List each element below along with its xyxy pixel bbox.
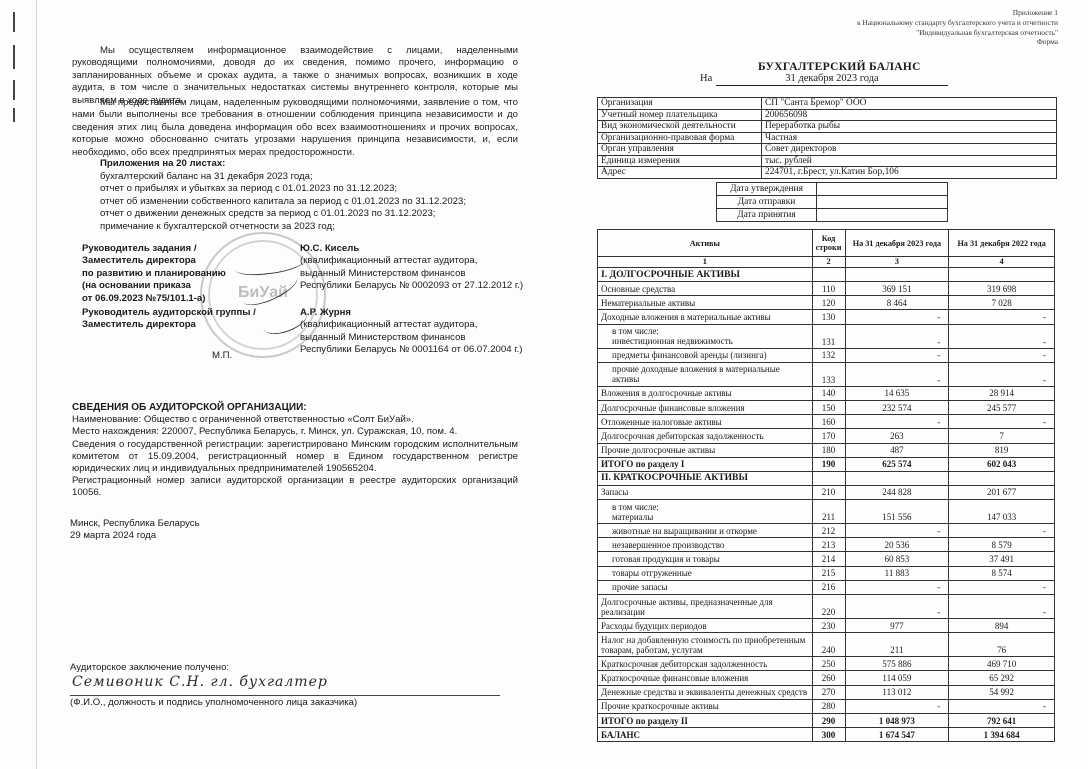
- column-number: 2: [812, 257, 845, 268]
- info-row: Орган управленияСовет директоров: [598, 144, 1057, 156]
- row-code: 300: [812, 728, 845, 742]
- value-2022: -: [949, 310, 1055, 324]
- role-line: Заместитель директора: [82, 255, 226, 267]
- balance-sheet-table: Активы Код строки На 31 декабря 2023 год…: [597, 229, 1055, 742]
- row-name: ИТОГО по разделу II: [598, 713, 813, 727]
- row-code: 170: [812, 429, 845, 443]
- row-code: 133: [812, 362, 845, 386]
- balance-row: Краткосрочная дебиторская задолженность2…: [598, 657, 1055, 671]
- value-2022: -: [949, 595, 1055, 619]
- binder-hole-mark: [13, 12, 15, 32]
- row-name: незавершенное производство: [598, 538, 813, 552]
- credential-line: (квалификационный аттестат аудитора,: [300, 255, 523, 267]
- value-2023: -: [845, 580, 949, 594]
- row-name: в том числе:инвестиционная недвижимость: [598, 324, 813, 348]
- row-name: Нематериальные активы: [598, 296, 813, 310]
- row-code: 140: [812, 386, 845, 400]
- balance-row: в том числе:инвестиционная недвижимость1…: [598, 324, 1055, 348]
- value-2023: 244 828: [845, 485, 949, 499]
- appendix-item: отчет о движении денежных средств за пер…: [100, 208, 520, 221]
- row-name: Прочие краткосрочные активы: [598, 699, 813, 713]
- value-2022: 1 394 684: [949, 728, 1055, 742]
- total-row: ИТОГО по разделу I190625 574602 043: [598, 457, 1055, 471]
- empty-cell: [949, 268, 1055, 282]
- info-row: Организационно-правовая формаЧастная: [598, 132, 1057, 144]
- value-2023: 20 536: [845, 538, 949, 552]
- value-2023: -: [845, 324, 949, 348]
- section-header-row: II. КРАТКОСРОЧНЫЕ АКТИВЫ: [598, 471, 1055, 485]
- row-name: Отложенные налоговые активы: [598, 415, 813, 429]
- balance-row: Краткосрочные финансовые вложения260114 …: [598, 671, 1055, 685]
- value-2022: 8 579: [949, 538, 1055, 552]
- value-2023: -: [845, 595, 949, 619]
- role-line: от 06.09.2023 №75/101.1-а): [82, 293, 226, 305]
- org-info-header: СВЕДЕНИЯ ОБ АУДИТОРСКОЙ ОРГАНИЗАЦИИ:: [72, 402, 518, 414]
- balance-row: Вложения в долгосрочные активы14014 6352…: [598, 386, 1055, 400]
- value-2022: 602 043: [949, 457, 1055, 471]
- info-value: Переработка рыбы: [762, 121, 1057, 133]
- row-code: 210: [812, 485, 845, 499]
- balance-row: животные на выращивании и откорме212--: [598, 524, 1055, 538]
- info-value: СП "Санта Бремор" ООО: [762, 98, 1057, 110]
- info-label: Организация: [598, 98, 762, 110]
- row-code: 213: [812, 538, 845, 552]
- role-line: (на основании приказа: [82, 280, 226, 292]
- date-label: Дата отправки: [717, 196, 817, 209]
- appendices-list: Приложения на 20 листах: бухгалтерский б…: [100, 158, 520, 234]
- credential-line: выданный Министерством финансов: [300, 332, 522, 344]
- info-value: Совет директоров: [762, 144, 1057, 156]
- section-title: I. ДОЛГОСРОЧНЫЕ АКТИВЫ: [598, 268, 813, 282]
- signatory-1-role: Руководитель задания / Заместитель дирек…: [82, 243, 226, 305]
- balance-row: Денежные средства и эквиваленты денежных…: [598, 685, 1055, 699]
- balance-row: Основные средства110369 151319 698: [598, 282, 1055, 296]
- value-2022: -: [949, 524, 1055, 538]
- row-code: 130: [812, 310, 845, 324]
- appendix-item: бухгалтерский баланс на 31 декабря 2023 …: [100, 171, 520, 184]
- value-2023: 575 886: [845, 657, 949, 671]
- binder-hole-mark: [13, 80, 15, 100]
- credential-line: Республики Беларусь № 0002093 от 27.12.2…: [300, 280, 523, 292]
- info-row: Адрес224701, г.Брест, ул.Катин Бор,106: [598, 167, 1057, 179]
- value-2023: 113 012: [845, 685, 949, 699]
- section-title: II. КРАТКОСРОЧНЫЕ АКТИВЫ: [598, 471, 813, 485]
- date-row: Дата отправки: [717, 196, 948, 209]
- value-2023: 60 853: [845, 552, 949, 566]
- value-2023: 1 674 547: [845, 728, 949, 742]
- signatory-name: А.Р. Журня: [300, 307, 522, 319]
- auditor-organization-info: СВЕДЕНИЯ ОБ АУДИТОРСКОЙ ОРГАНИЗАЦИИ: Наи…: [72, 402, 518, 500]
- row-name: Основные средства: [598, 282, 813, 296]
- total-row: БАЛАНС3001 674 5471 394 684: [598, 728, 1055, 742]
- row-code: 211: [812, 500, 845, 524]
- row-name: Доходные вложения в материальные активы: [598, 310, 813, 324]
- value-2022: 7: [949, 429, 1055, 443]
- value-2022: 894: [949, 619, 1055, 633]
- row-code: 290: [812, 713, 845, 727]
- as-of-date: 31 декабря 2023 года: [716, 73, 948, 86]
- balance-row: незавершенное производство21320 5368 579: [598, 538, 1055, 552]
- row-name: животные на выращивании и откорме: [598, 524, 813, 538]
- row-name: БАЛАНС: [598, 728, 813, 742]
- row-code: 230: [812, 619, 845, 633]
- balance-row: Доходные вложения в материальные активы1…: [598, 310, 1055, 324]
- value-2022: -: [949, 362, 1055, 386]
- appendix-item: отчет об изменении собственного капитала…: [100, 196, 520, 209]
- info-row: Учетный номер плательщика200656098: [598, 109, 1057, 121]
- row-code: 220: [812, 595, 845, 619]
- note-line: Приложение 1: [857, 8, 1058, 18]
- note-line: "Индивидуальная бухгалтерская отчетность…: [857, 28, 1058, 38]
- row-code: 216: [812, 580, 845, 594]
- value-2022: 54 992: [949, 685, 1055, 699]
- column-number: 4: [949, 257, 1055, 268]
- row-code: 260: [812, 671, 845, 685]
- row-code: 250: [812, 657, 845, 671]
- value-2022: 76: [949, 633, 1055, 657]
- as-of-label: На: [700, 73, 712, 84]
- date-value: [817, 196, 948, 209]
- empty-cell: [949, 471, 1055, 485]
- value-2023: 151 556: [845, 500, 949, 524]
- stamp-place-label: М.П.: [212, 350, 232, 361]
- value-2023: 263: [845, 429, 949, 443]
- row-name: Долгосрочные активы, предназначенные для…: [598, 595, 813, 619]
- row-name: Налог на добавленную стоимость по приобр…: [598, 633, 813, 657]
- balance-row: прочие запасы216--: [598, 580, 1055, 594]
- info-value: 200656098: [762, 109, 1057, 121]
- note-line: Форма: [857, 37, 1058, 47]
- signatory-2-details: А.Р. Журня (квалификационный аттестат ау…: [300, 307, 522, 357]
- balance-row: в том числе:материалы211151 556147 033: [598, 500, 1055, 524]
- info-label: Организационно-правовая форма: [598, 132, 762, 144]
- value-2023: 977: [845, 619, 949, 633]
- column-number: 1: [598, 257, 813, 268]
- column-number: 3: [845, 257, 949, 268]
- row-name: Вложения в долгосрочные активы: [598, 386, 813, 400]
- balance-row: Долгосрочная дебиторская задолженность17…: [598, 429, 1055, 443]
- row-code: 131: [812, 324, 845, 348]
- info-label: Учетный номер плательщика: [598, 109, 762, 121]
- value-2023: 369 151: [845, 282, 949, 296]
- value-2023: 114 059: [845, 671, 949, 685]
- row-name: Долгосрочные финансовые вложения: [598, 400, 813, 414]
- balance-row: Долгосрочные активы, предназначенные для…: [598, 595, 1055, 619]
- row-label: материалы: [612, 512, 809, 522]
- signatory-2-role: Руководитель аудиторской группы / Замест…: [82, 307, 256, 332]
- row-name: прочие доходные вложения в материальные …: [598, 362, 813, 386]
- value-2022: 792 641: [949, 713, 1055, 727]
- info-label: Единица измерения: [598, 155, 762, 167]
- row-code: 240: [812, 633, 845, 657]
- header-code: Код строки: [812, 230, 845, 257]
- row-code: 280: [812, 699, 845, 713]
- audit-report-page: Мы осуществляем информационное взаимодей…: [0, 0, 540, 769]
- balance-row: Запасы210244 828201 677: [598, 485, 1055, 499]
- row-name: Прочие долгосрочные активы: [598, 443, 813, 457]
- role-line: по развитию и планированию: [82, 268, 226, 280]
- page-fold-line: [36, 0, 37, 769]
- row-name: ИТОГО по разделу I: [598, 457, 813, 471]
- info-label: Адрес: [598, 167, 762, 179]
- row-code: 150: [812, 400, 845, 414]
- empty-cell: [845, 268, 949, 282]
- credential-line: (квалификационный аттестат аудитора,: [300, 319, 522, 331]
- value-2022: 245 577: [949, 400, 1055, 414]
- value-2023: 487: [845, 443, 949, 457]
- date-label: Дата утверждения: [717, 183, 817, 196]
- value-2022: -: [949, 324, 1055, 348]
- paragraph-text: Мы предоставляем лицам, наделенным руков…: [72, 97, 518, 158]
- row-code: 215: [812, 566, 845, 580]
- org-info-line: Место нахождения: 220007, Республика Бел…: [72, 426, 518, 438]
- value-2022: 201 677: [949, 485, 1055, 499]
- value-2022: 7 028: [949, 296, 1055, 310]
- date-row: Дата принятия: [717, 209, 948, 222]
- info-label: Орган управления: [598, 144, 762, 156]
- info-row: ОрганизацияСП "Санта Бремор" ООО: [598, 98, 1057, 110]
- row-code: 110: [812, 282, 845, 296]
- value-2023: 11 883: [845, 566, 949, 580]
- binder-hole-mark: [13, 108, 15, 122]
- header-2023: На 31 декабря 2023 года: [845, 230, 949, 257]
- row-prefix: в том числе:: [612, 502, 809, 512]
- value-2022: 28 914: [949, 386, 1055, 400]
- binder-hole-mark: [13, 45, 15, 69]
- balance-row: Прочие краткосрочные активы280--: [598, 699, 1055, 713]
- info-value: 224701, г.Брест, ул.Катин Бор,106: [762, 167, 1057, 179]
- value-2022: 469 710: [949, 657, 1055, 671]
- row-code: 270: [812, 685, 845, 699]
- received-label: Аудиторское заключение получено:: [70, 662, 229, 673]
- section-header-row: I. ДОЛГОСРОЧНЫЕ АКТИВЫ: [598, 268, 1055, 282]
- balance-row: готовая продукция и товары21460 85337 49…: [598, 552, 1055, 566]
- row-prefix: в том числе:: [612, 326, 809, 336]
- info-label: Вид экономической деятельности: [598, 121, 762, 133]
- value-2023: -: [845, 415, 949, 429]
- row-label: инвестиционная недвижимость: [612, 336, 809, 346]
- row-code: 214: [812, 552, 845, 566]
- signatory-1-details: Ю.С. Кисель (квалификационный аттестат а…: [300, 243, 523, 293]
- row-code: 132: [812, 348, 845, 362]
- row-code: 120: [812, 296, 845, 310]
- credential-line: Республики Беларусь № 0001164 от 06.07.2…: [300, 344, 522, 356]
- role-line: Заместитель директора: [82, 319, 256, 331]
- balance-row: Долгосрочные финансовые вложения150232 5…: [598, 400, 1055, 414]
- row-name: Краткосрочные финансовые вложения: [598, 671, 813, 685]
- balance-row: Налог на добавленную стоимость по приобр…: [598, 633, 1055, 657]
- place-and-date: Минск, Республика Беларусь 29 марта 2024…: [70, 518, 200, 542]
- value-2023: 211: [845, 633, 949, 657]
- value-2023: 14 635: [845, 386, 949, 400]
- report-date: 29 марта 2024 года: [70, 530, 200, 542]
- row-name: Расходы будущих периодов: [598, 619, 813, 633]
- row-code: 190: [812, 457, 845, 471]
- row-name: Денежные средства и эквиваленты денежных…: [598, 685, 813, 699]
- appendices-header: Приложения на 20 листах:: [100, 158, 520, 171]
- row-name: готовая продукция и товары: [598, 552, 813, 566]
- value-2023: 232 574: [845, 400, 949, 414]
- balance-row: предметы финансовой аренды (лизинга)132-…: [598, 348, 1055, 362]
- appendix-item: примечание к бухгалтерской отчетности за…: [100, 221, 520, 234]
- row-name: предметы финансовой аренды (лизинга): [598, 348, 813, 362]
- balance-row: товары отгруженные21511 8838 574: [598, 566, 1055, 580]
- balance-row: прочие доходные вложения в материальные …: [598, 362, 1055, 386]
- dates-table: Дата утвержденияДата отправкиДата принят…: [716, 182, 948, 222]
- value-2022: -: [949, 580, 1055, 594]
- empty-cell: [812, 268, 845, 282]
- org-info-line: Наименование: Общество с ограниченной от…: [72, 414, 518, 426]
- form-appendix-note: Приложение 1 к Национальному стандарту б…: [857, 8, 1058, 47]
- header-assets: Активы: [598, 230, 813, 257]
- info-row: Единица измерениятыс. рублей: [598, 155, 1057, 167]
- paragraph-independence: Мы предоставляем лицам, наделенным руков…: [72, 97, 518, 159]
- value-2022: -: [949, 415, 1055, 429]
- org-info-line: Регистрационный номер записи аудиторской…: [72, 475, 518, 499]
- balance-row: Расходы будущих периодов230977894: [598, 619, 1055, 633]
- value-2022: 37 491: [949, 552, 1055, 566]
- appendix-item: отчет о прибылях и убытках за период с 0…: [100, 183, 520, 196]
- value-2023: -: [845, 524, 949, 538]
- value-2023: 1 048 973: [845, 713, 949, 727]
- role-line: Руководитель задания /: [82, 243, 226, 255]
- place: Минск, Республика Беларусь: [70, 518, 200, 530]
- empty-cell: [845, 471, 949, 485]
- row-name: Краткосрочная дебиторская задолженность: [598, 657, 813, 671]
- total-row: ИТОГО по разделу II2901 048 973792 641: [598, 713, 1055, 727]
- balance-row: Прочие долгосрочные активы180487819: [598, 443, 1055, 457]
- row-name: прочие запасы: [598, 580, 813, 594]
- row-code: 160: [812, 415, 845, 429]
- value-2023: -: [845, 310, 949, 324]
- date-value: [817, 183, 948, 196]
- value-2022: 819: [949, 443, 1055, 457]
- row-name: Долгосрочная дебиторская задолженность: [598, 429, 813, 443]
- value-2022: 147 033: [949, 500, 1055, 524]
- value-2022: 8 574: [949, 566, 1055, 580]
- value-2022: -: [949, 699, 1055, 713]
- column-number-row: 1234: [598, 257, 1055, 268]
- client-signature: Семивоник С.Н. гл. бухгалтер: [72, 674, 328, 690]
- date-row: Дата утверждения: [717, 183, 948, 196]
- value-2023: 8 464: [845, 296, 949, 310]
- balance-row: Нематериальные активы1208 4647 028: [598, 296, 1055, 310]
- info-row: Вид экономической деятельностиПереработк…: [598, 121, 1057, 133]
- row-code: 180: [812, 443, 845, 457]
- row-name: товары отгруженные: [598, 566, 813, 580]
- signature-line: [70, 695, 500, 696]
- empty-cell: [812, 471, 845, 485]
- document-title: БУХГАЛТЕРСКИЙ БАЛАНС: [758, 61, 921, 73]
- row-name: Запасы: [598, 485, 813, 499]
- date-label: Дата принятия: [717, 209, 817, 222]
- value-2023: 625 574: [845, 457, 949, 471]
- info-value: Частная: [762, 132, 1057, 144]
- signatory-name: Ю.С. Кисель: [300, 243, 523, 255]
- value-2023: -: [845, 348, 949, 362]
- role-line: Руководитель аудиторской группы /: [82, 307, 256, 319]
- balance-row: Отложенные налоговые активы160--: [598, 415, 1055, 429]
- note-line: к Национальному стандарту бухгалтерского…: [857, 18, 1058, 28]
- value-2022: -: [949, 348, 1055, 362]
- org-info-line: Сведения о государственной регистрации: …: [72, 439, 518, 476]
- row-code: 212: [812, 524, 845, 538]
- value-2022: 65 292: [949, 671, 1055, 685]
- value-2023: -: [845, 699, 949, 713]
- value-2023: -: [845, 362, 949, 386]
- info-value: тыс. рублей: [762, 155, 1057, 167]
- value-2022: 319 698: [949, 282, 1055, 296]
- row-name: в том числе:материалы: [598, 500, 813, 524]
- signature-caption: (Ф.И.О., должность и подпись уполномочен…: [70, 697, 357, 708]
- header-2022: На 31 декабря 2022 года: [949, 230, 1055, 257]
- credential-line: выданный Министерством финансов: [300, 268, 523, 280]
- organization-info-table: ОрганизацияСП "Санта Бремор" ОООУчетный …: [597, 97, 1057, 179]
- date-value: [817, 209, 948, 222]
